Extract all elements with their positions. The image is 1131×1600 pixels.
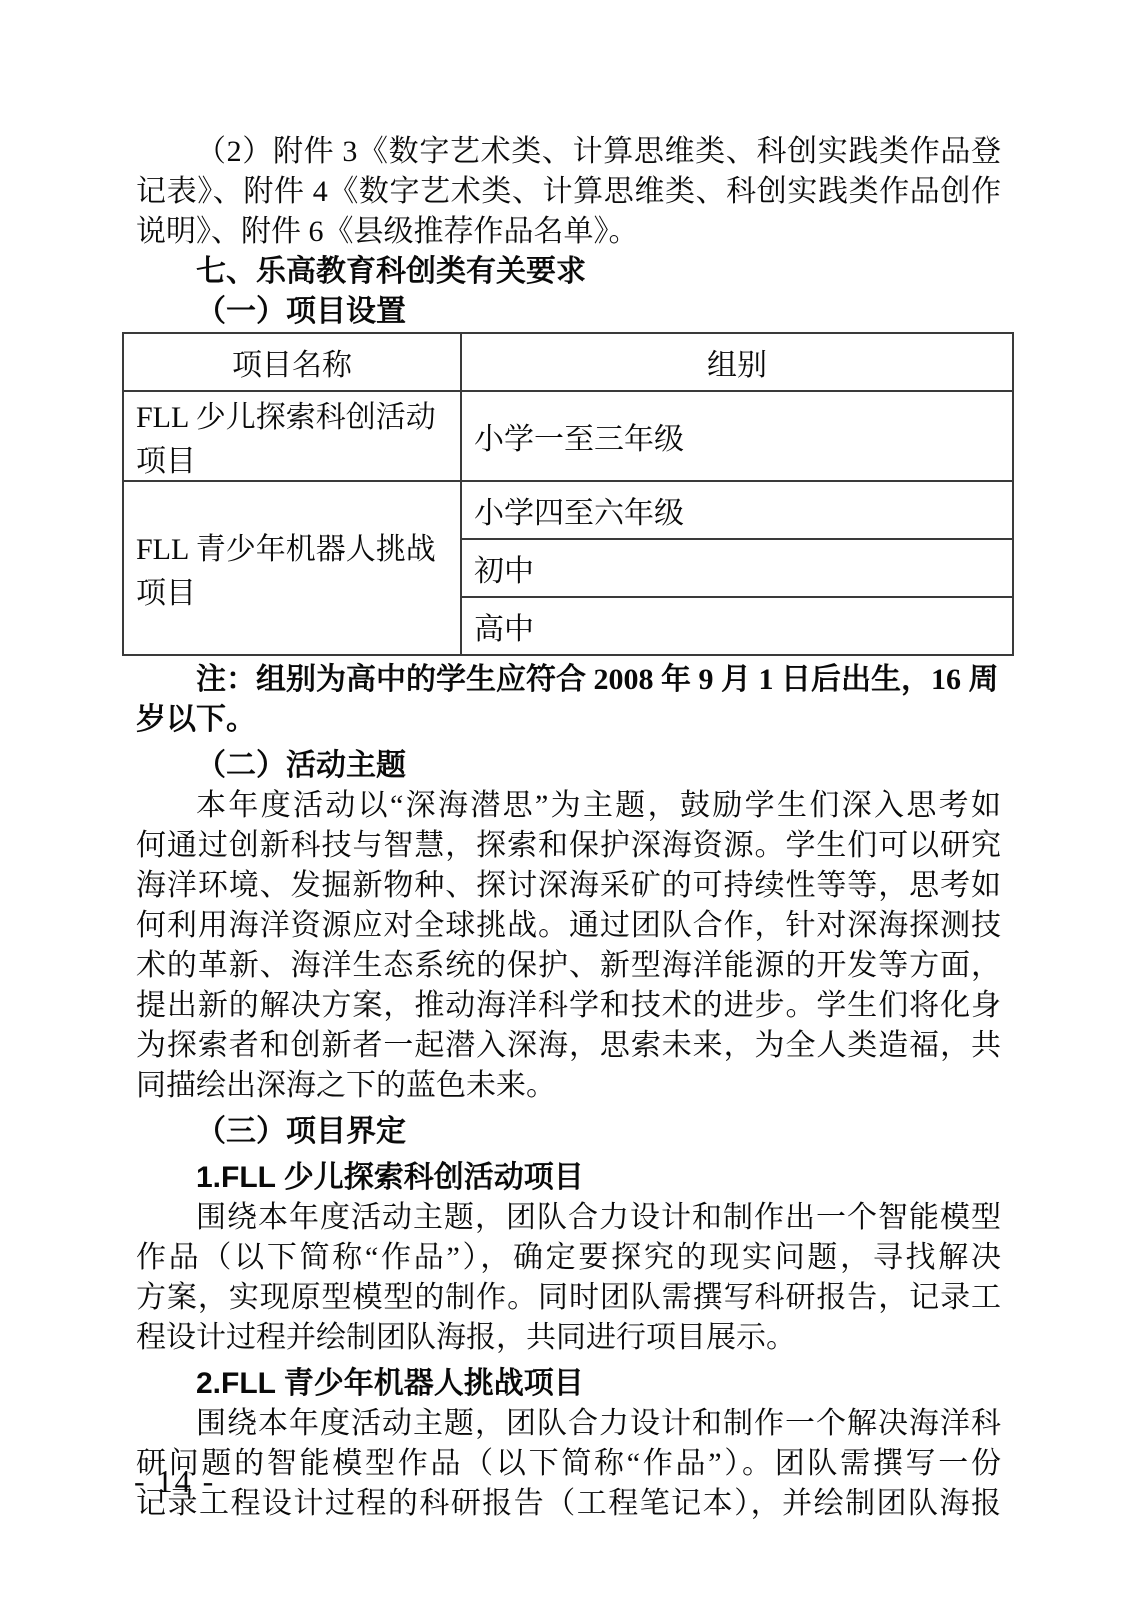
item-1-paragraph-line: 作品（以下简称“作品”），确定要探究的现实问题，寻找解决 bbox=[122, 1238, 1012, 1278]
table-header-group: 组别 bbox=[461, 333, 1013, 391]
table-header-row: 项目名称 组别 bbox=[123, 333, 1013, 391]
attachments-paragraph-line: 说明》、附件 6《县级推荐作品名单》。 bbox=[122, 212, 1012, 252]
section-7-heading: 七、乐高教育科创类有关要求 bbox=[122, 252, 1012, 292]
project-name-cell: FLL 少儿探索科创活动项目 bbox=[123, 391, 461, 481]
table-row: FLL 青少年机器人挑战项目 小学四至六年级 bbox=[123, 481, 1013, 539]
theme-paragraph-line: 提出新的解决方案，推动海洋科学和技术的进步。学生们将化身 bbox=[122, 986, 1012, 1026]
theme-paragraph-line: 同描绘出深海之下的蓝色未来。 bbox=[122, 1066, 1012, 1106]
item-2-paragraph-line: 记录工程设计过程的科研报告（工程笔记本），并绘制团队海报 bbox=[122, 1484, 1012, 1524]
page-number: - 14 - bbox=[134, 1462, 215, 1500]
theme-paragraph-line: 本年度活动以“深海潜思”为主题，鼓励学生们深入思考如 bbox=[122, 786, 1012, 826]
item-1-heading: 1.FLL 少儿探索科创活动项目 bbox=[122, 1158, 1012, 1198]
theme-paragraph-line: 何通过创新科技与智慧，探索和保护深海资源。学生们可以研究 bbox=[122, 826, 1012, 866]
theme-paragraph-line: 何利用海洋资源应对全球挑战。通过团队合作，针对深海探测技 bbox=[122, 906, 1012, 946]
document-page: （2）附件 3《数字艺术类、计算思维类、科创实践类作品登 记表》、附件 4《数字… bbox=[0, 0, 1131, 1600]
group-cell: 小学四至六年级 bbox=[461, 481, 1013, 539]
group-cell: 小学一至三年级 bbox=[461, 391, 1013, 481]
project-name-cell: FLL 青少年机器人挑战项目 bbox=[123, 481, 461, 655]
theme-paragraph-line: 术的革新、海洋生态系统的保护、新型海洋能源的开发等方面， bbox=[122, 946, 1012, 986]
table-note: 注：组别为高中的学生应符合 2008 年 9 月 1 日后出生，16 周岁以下。 bbox=[122, 660, 1012, 740]
item-1-paragraph-line: 方案，实现原型模型的制作。同时团队需撰写科研报告，记录工 bbox=[122, 1278, 1012, 1318]
item-1-paragraph-line: 围绕本年度活动主题，团队合力设计和制作出一个智能模型 bbox=[122, 1198, 1012, 1238]
subsection-7-3-heading: （三）项目界定 bbox=[122, 1112, 1012, 1152]
attachments-paragraph-line: （2）附件 3《数字艺术类、计算思维类、科创实践类作品登 bbox=[122, 132, 1012, 172]
subsection-7-1-heading: （一）项目设置 bbox=[122, 292, 1012, 332]
project-settings-table: 项目名称 组别 FLL 少儿探索科创活动项目 小学一至三年级 FLL 青少年机器… bbox=[122, 332, 1014, 656]
item-2-heading: 2.FLL 青少年机器人挑战项目 bbox=[122, 1364, 1012, 1404]
item-1-paragraph-line: 程设计过程并绘制团队海报，共同进行项目展示。 bbox=[122, 1318, 1012, 1358]
theme-paragraph-line: 海洋环境、发掘新物种、探讨深海采矿的可持续性等等，思考如 bbox=[122, 866, 1012, 906]
theme-paragraph-line: 为探索者和创新者一起潜入深海，思索未来，为全人类造福，共 bbox=[122, 1026, 1012, 1066]
group-cell: 初中 bbox=[461, 539, 1013, 597]
attachments-paragraph-line: 记表》、附件 4《数字艺术类、计算思维类、科创实践类作品创作 bbox=[122, 172, 1012, 212]
table-header-project-name: 项目名称 bbox=[123, 333, 461, 391]
table-row: FLL 少儿探索科创活动项目 小学一至三年级 bbox=[123, 391, 1013, 481]
item-2-paragraph-line: 围绕本年度活动主题，团队合力设计和制作一个解决海洋科 bbox=[122, 1404, 1012, 1444]
item-2-paragraph-line: 研问题的智能模型作品（以下简称“作品”）。团队需撰写一份 bbox=[122, 1444, 1012, 1484]
group-cell: 高中 bbox=[461, 597, 1013, 655]
subsection-7-2-heading: （二）活动主题 bbox=[122, 746, 1012, 786]
